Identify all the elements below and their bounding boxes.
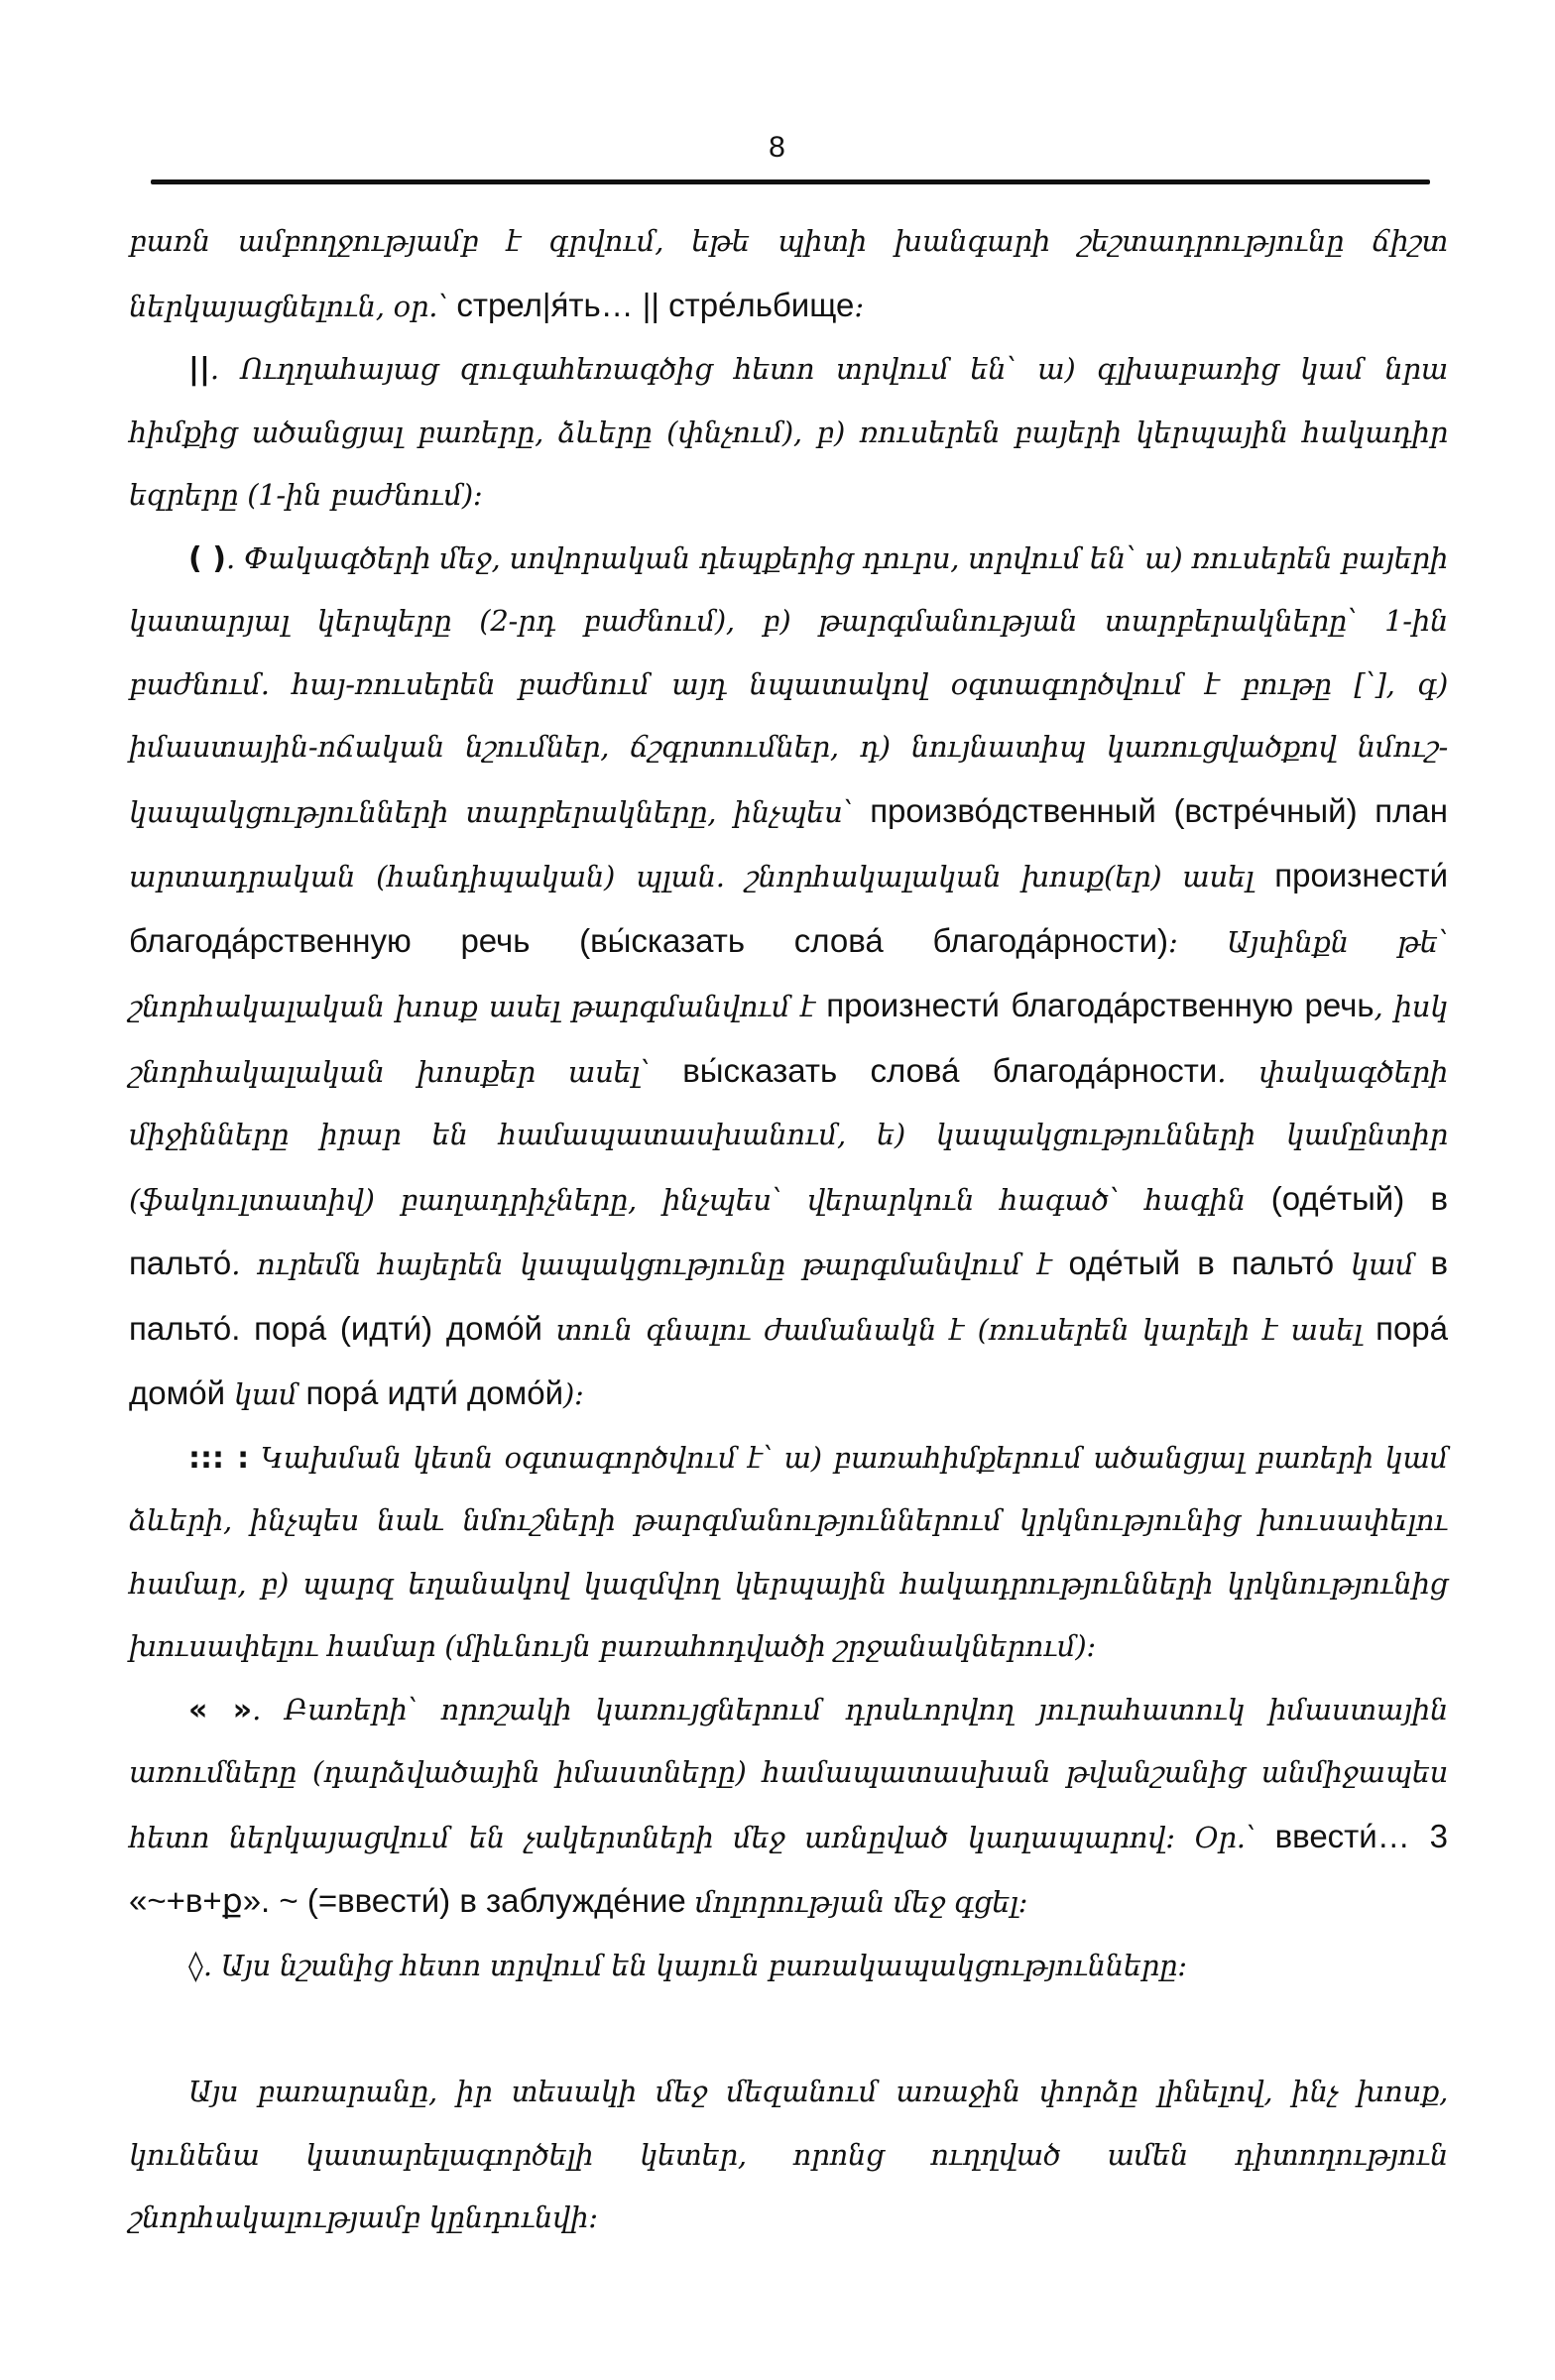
body-text: բառն ամբողջությամբ է գրվում, եթե պիտի խա… — [129, 210, 1448, 2250]
armenian-text: ։ — [854, 290, 864, 323]
symbol-marker: || — [188, 352, 210, 387]
armenian-text: տուն գնալու ժամանակն է (ռուսերեն կարելի … — [542, 1313, 1376, 1347]
armenian-text: )։ — [563, 1377, 584, 1411]
symbol-marker: « » — [188, 1693, 252, 1727]
paragraph-gap — [129, 1997, 1448, 2061]
armenian-text: արտադրական (հանդիպական) պլան. շնորհակալա… — [129, 860, 1274, 893]
symbol-marker: ::: : — [188, 1441, 249, 1476]
russian-text: стрел|я́ть… || стре́льбище — [456, 287, 854, 323]
paragraph-p6: ◊. Այս նշանից հետո տրվում են կայուն բառա… — [129, 1935, 1448, 1998]
paragraph-p7: Այս բառարանը, իր տեսակի մեջ մեզանում առա… — [129, 2061, 1448, 2250]
symbol-marker: ( ) — [188, 541, 226, 576]
armenian-text: . Ուղղահայաց զուգահեռագծից հետո տրվում ե… — [129, 352, 1448, 512]
russian-text: произнести́ благода́рственную речь — [826, 987, 1374, 1023]
russian-text: оде́тый в пальто́ — [1069, 1245, 1335, 1281]
armenian-text: . Փակագծերի մեջ, սովորական դեպքերից դուր… — [129, 541, 1448, 829]
armenian-text: կամ — [1334, 1248, 1430, 1281]
armenian-text: . Բառերի՝ որոշակի կառույցներում դրսևորվո… — [129, 1693, 1448, 1854]
header-rule — [151, 179, 1430, 184]
russian-text: произво́дственный (встре́чный) план — [870, 792, 1448, 829]
paragraph-p4: ::: : Կախման կետն օգտագործվում է՝ ա) բառ… — [129, 1427, 1448, 1679]
paragraph-p5: « ». Բառերի՝ որոշակի կառույցներում դրսևո… — [129, 1679, 1448, 1935]
armenian-text: . Այս նշանից հետո տրվում են կայուն բառակ… — [203, 1949, 1187, 1982]
armenian-text: մոլորության մեջ գցել։ — [686, 1885, 1027, 1919]
armenian-text: կամ — [225, 1377, 305, 1411]
russian-text: вы́сказать слова́ благода́рности — [682, 1052, 1217, 1089]
armenian-text: Կախման կետն օգտագործվում է՝ ա) բառահիմքե… — [129, 1441, 1448, 1664]
russian-text: пора́ идти́ домо́й — [305, 1374, 563, 1411]
armenian-text: Այս բառարանը, իր տեսակի մեջ մեզանում առա… — [129, 2075, 1448, 2234]
armenian-text: . ուրեմն հայերեն կապակցությունը թարգմանվ… — [231, 1248, 1068, 1281]
page-number: 8 — [0, 131, 1555, 165]
paragraph-p3: ( ). Փակագծերի մեջ, սովորական դեպքերից դ… — [129, 528, 1448, 1427]
paragraph-p2: ||. Ուղղահայաց զուգահեռագծից հետո տրվում… — [129, 338, 1448, 528]
symbol-marker: ◊ — [188, 1949, 203, 1983]
paragraph-p1: բառն ամբողջությամբ է գրվում, եթե պիտի խա… — [129, 210, 1448, 338]
